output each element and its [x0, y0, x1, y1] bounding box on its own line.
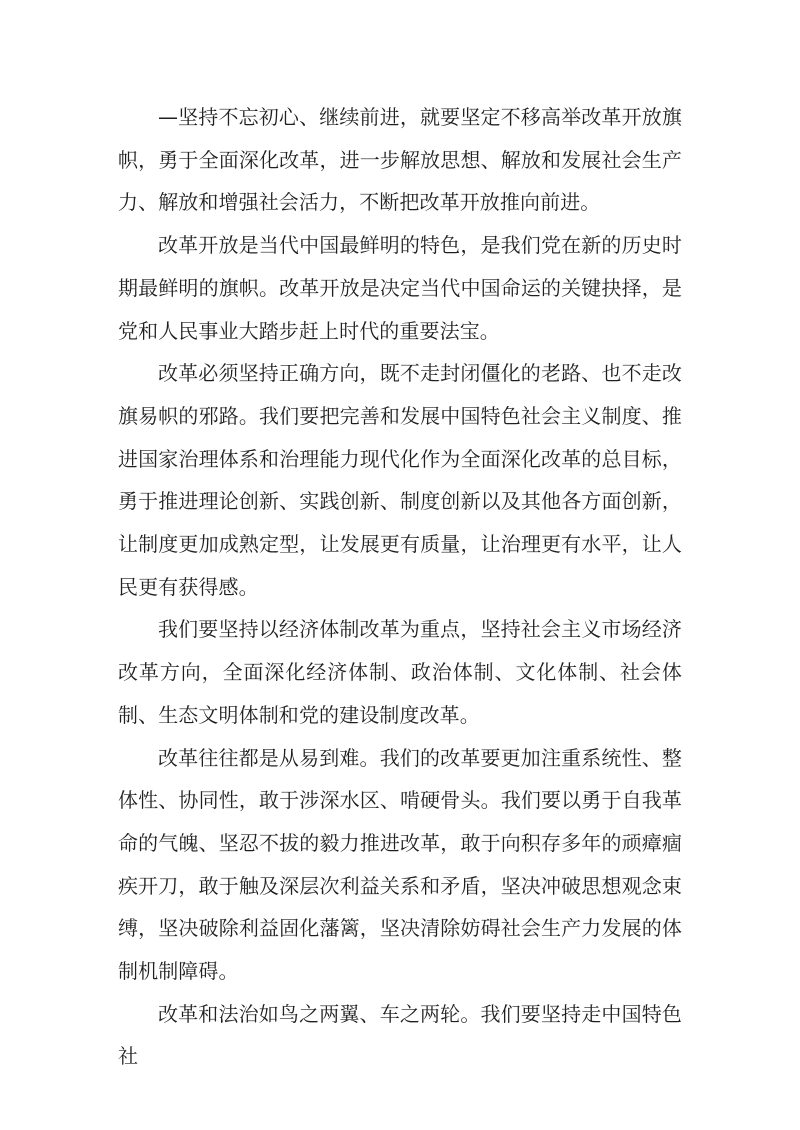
- paragraph-3: 改革必须坚持正确方向，既不走封闭僵化的老路、也不走改旗易帜的邪路。我们要把完善和…: [118, 352, 682, 608]
- paragraph-2: 改革开放是当代中国最鲜明的特色，是我们党在新的历史时期最鲜明的旗帜。改革开放是决…: [118, 224, 682, 352]
- paragraph-4: 我们要坚持以经济体制改革为重点，坚持社会主义市场经济改革方向，全面深化经济体制、…: [118, 608, 682, 736]
- paragraph-1: —坚持不忘初心、继续前进，就要坚定不移高举改革开放旗帜，勇于全面深化改革，进一步…: [118, 96, 682, 224]
- paragraph-6: 改革和法治如鸟之两翼、车之两轮。我们要坚持走中国特色社: [118, 993, 682, 1078]
- paragraph-5: 改革往往都是从易到难。我们的改革要更加注重系统性、整体性、协同性，敢于涉深水区、…: [118, 737, 682, 993]
- article-text-block: —坚持不忘初心、继续前进，就要坚定不移高举改革开放旗帜，勇于全面深化改革，进一步…: [118, 96, 682, 1078]
- document-page: —坚持不忘初心、继续前进，就要坚定不移高举改革开放旗帜，勇于全面深化改革，进一步…: [0, 0, 800, 1130]
